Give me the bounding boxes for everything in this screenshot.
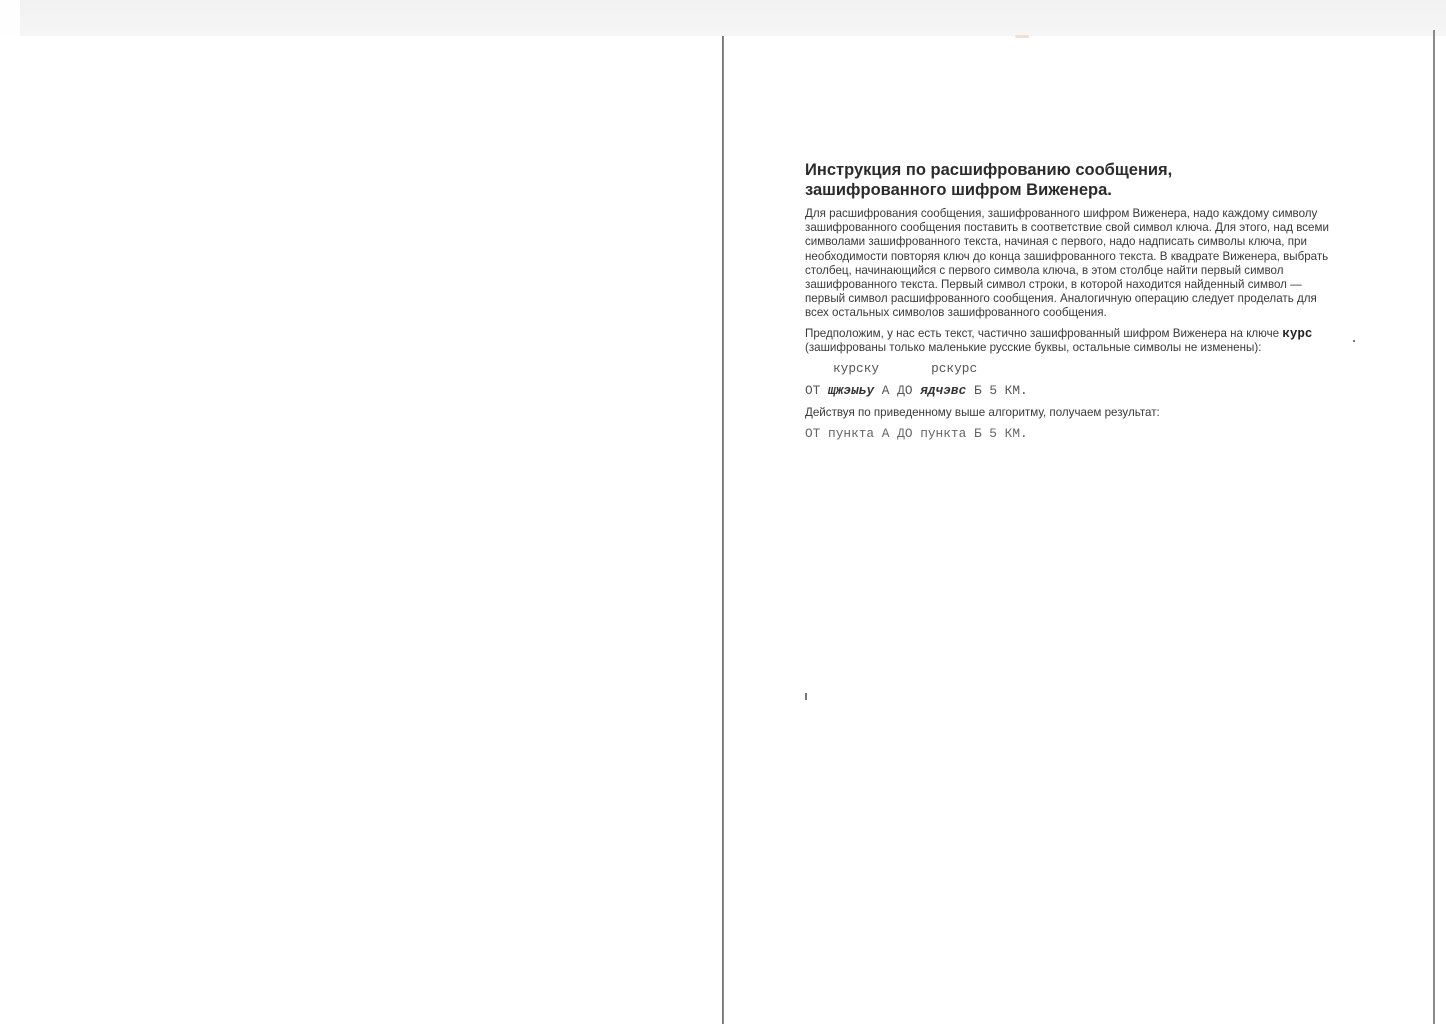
scanner-top-strip bbox=[20, 0, 1446, 37]
right-page: Инструкция по расшифрованию сообщения, з… bbox=[805, 160, 1335, 442]
instruction-paragraph: Для расшифрования сообщения, зашифрованн… bbox=[805, 207, 1335, 321]
title-line-1: Инструкция по расшифрованию сообщения, bbox=[805, 160, 1335, 180]
cipher-plain-2: А ДО bbox=[874, 383, 920, 398]
result-intro: Действуя по приведенному выше алгоритму,… bbox=[805, 406, 1335, 420]
key-word: курс bbox=[1282, 327, 1312, 341]
scan-smudge bbox=[1015, 35, 1029, 38]
key-segment-1: курску bbox=[833, 361, 879, 377]
cipher-row: ОТ щжэыьу А ДО ядчэвс Б 5 КМ. bbox=[805, 383, 1335, 399]
key-row: курскурскурс bbox=[833, 361, 1335, 377]
page-fold bbox=[722, 36, 724, 1024]
example-text-before: Предположим, у нас есть текст, частично … bbox=[805, 327, 1282, 340]
left-page bbox=[0, 36, 722, 1024]
scan-speck bbox=[1353, 340, 1355, 342]
example-text-after: (зашифрованы только маленькие русские бу… bbox=[805, 341, 1261, 354]
cipher-plain-3: Б 5 КМ. bbox=[966, 383, 1027, 398]
example-paragraph: Предположим, у нас есть текст, частично … bbox=[805, 327, 1335, 355]
cipher-encrypted-1: щжэыьу bbox=[828, 383, 874, 398]
cipher-encrypted-2: ядчэвс bbox=[920, 383, 966, 398]
title-line-2: зашифрованного шифром Виженера. bbox=[805, 180, 1335, 200]
page-title: Инструкция по расшифрованию сообщения, з… bbox=[805, 160, 1335, 200]
key-segment-2: рскурс bbox=[931, 361, 977, 377]
scan-speck bbox=[805, 693, 807, 700]
result-row: ОТ пункта А ДО пункта Б 5 КМ. bbox=[805, 426, 1335, 442]
cipher-plain-1: ОТ bbox=[805, 383, 828, 398]
page-edge bbox=[1433, 30, 1435, 1024]
